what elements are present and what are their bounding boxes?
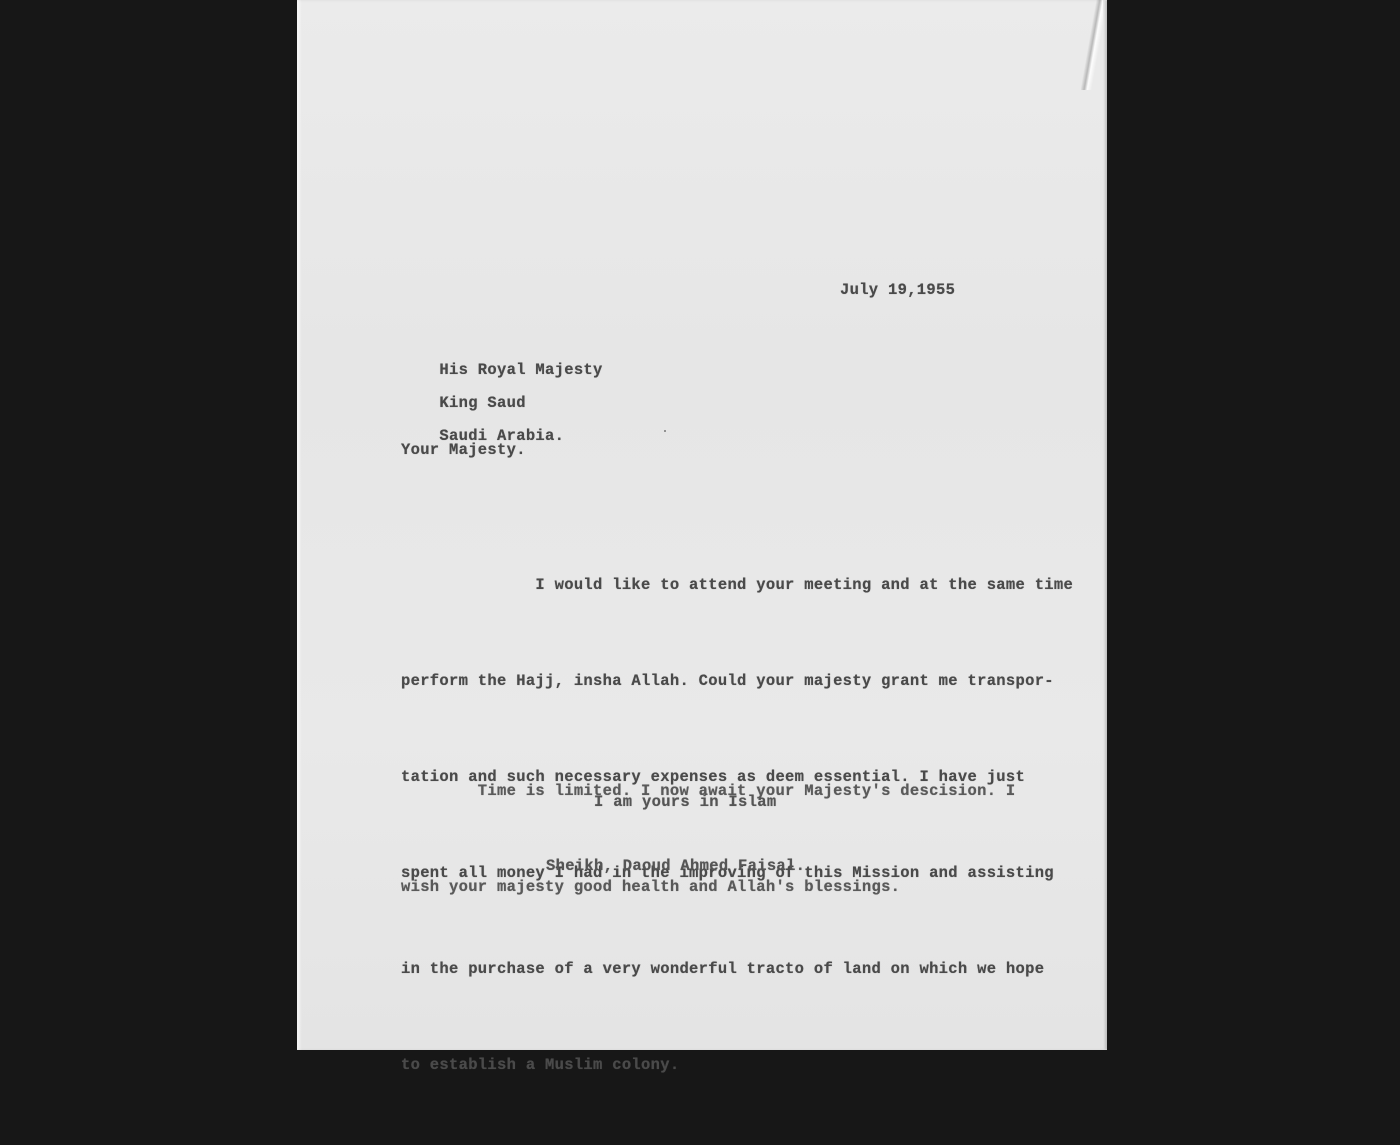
address-line: King Saud — [439, 394, 525, 412]
paragraph-line: wish your majesty good health and Allah'… — [401, 871, 1016, 903]
letter-date: July 19,1955 — [840, 281, 955, 299]
paragraph-line: I would like to attend your meeting and … — [401, 569, 1073, 601]
paper-speck — [664, 430, 666, 432]
letter-page: July 19,1955 His Royal Majesty King Saud… — [297, 0, 1107, 1050]
body-paragraph-2: Time is limited. I now await your Majest… — [401, 711, 1016, 967]
paragraph-line: perform the Hajj, insha Allah. Could you… — [401, 665, 1073, 697]
closing: I am yours in Islam — [594, 793, 776, 811]
signature: Sheikh, Daoud Ahmed Faisal. — [546, 857, 805, 875]
salutation: Your Majesty. — [401, 441, 526, 459]
address-line: His Royal Majesty — [439, 361, 602, 379]
